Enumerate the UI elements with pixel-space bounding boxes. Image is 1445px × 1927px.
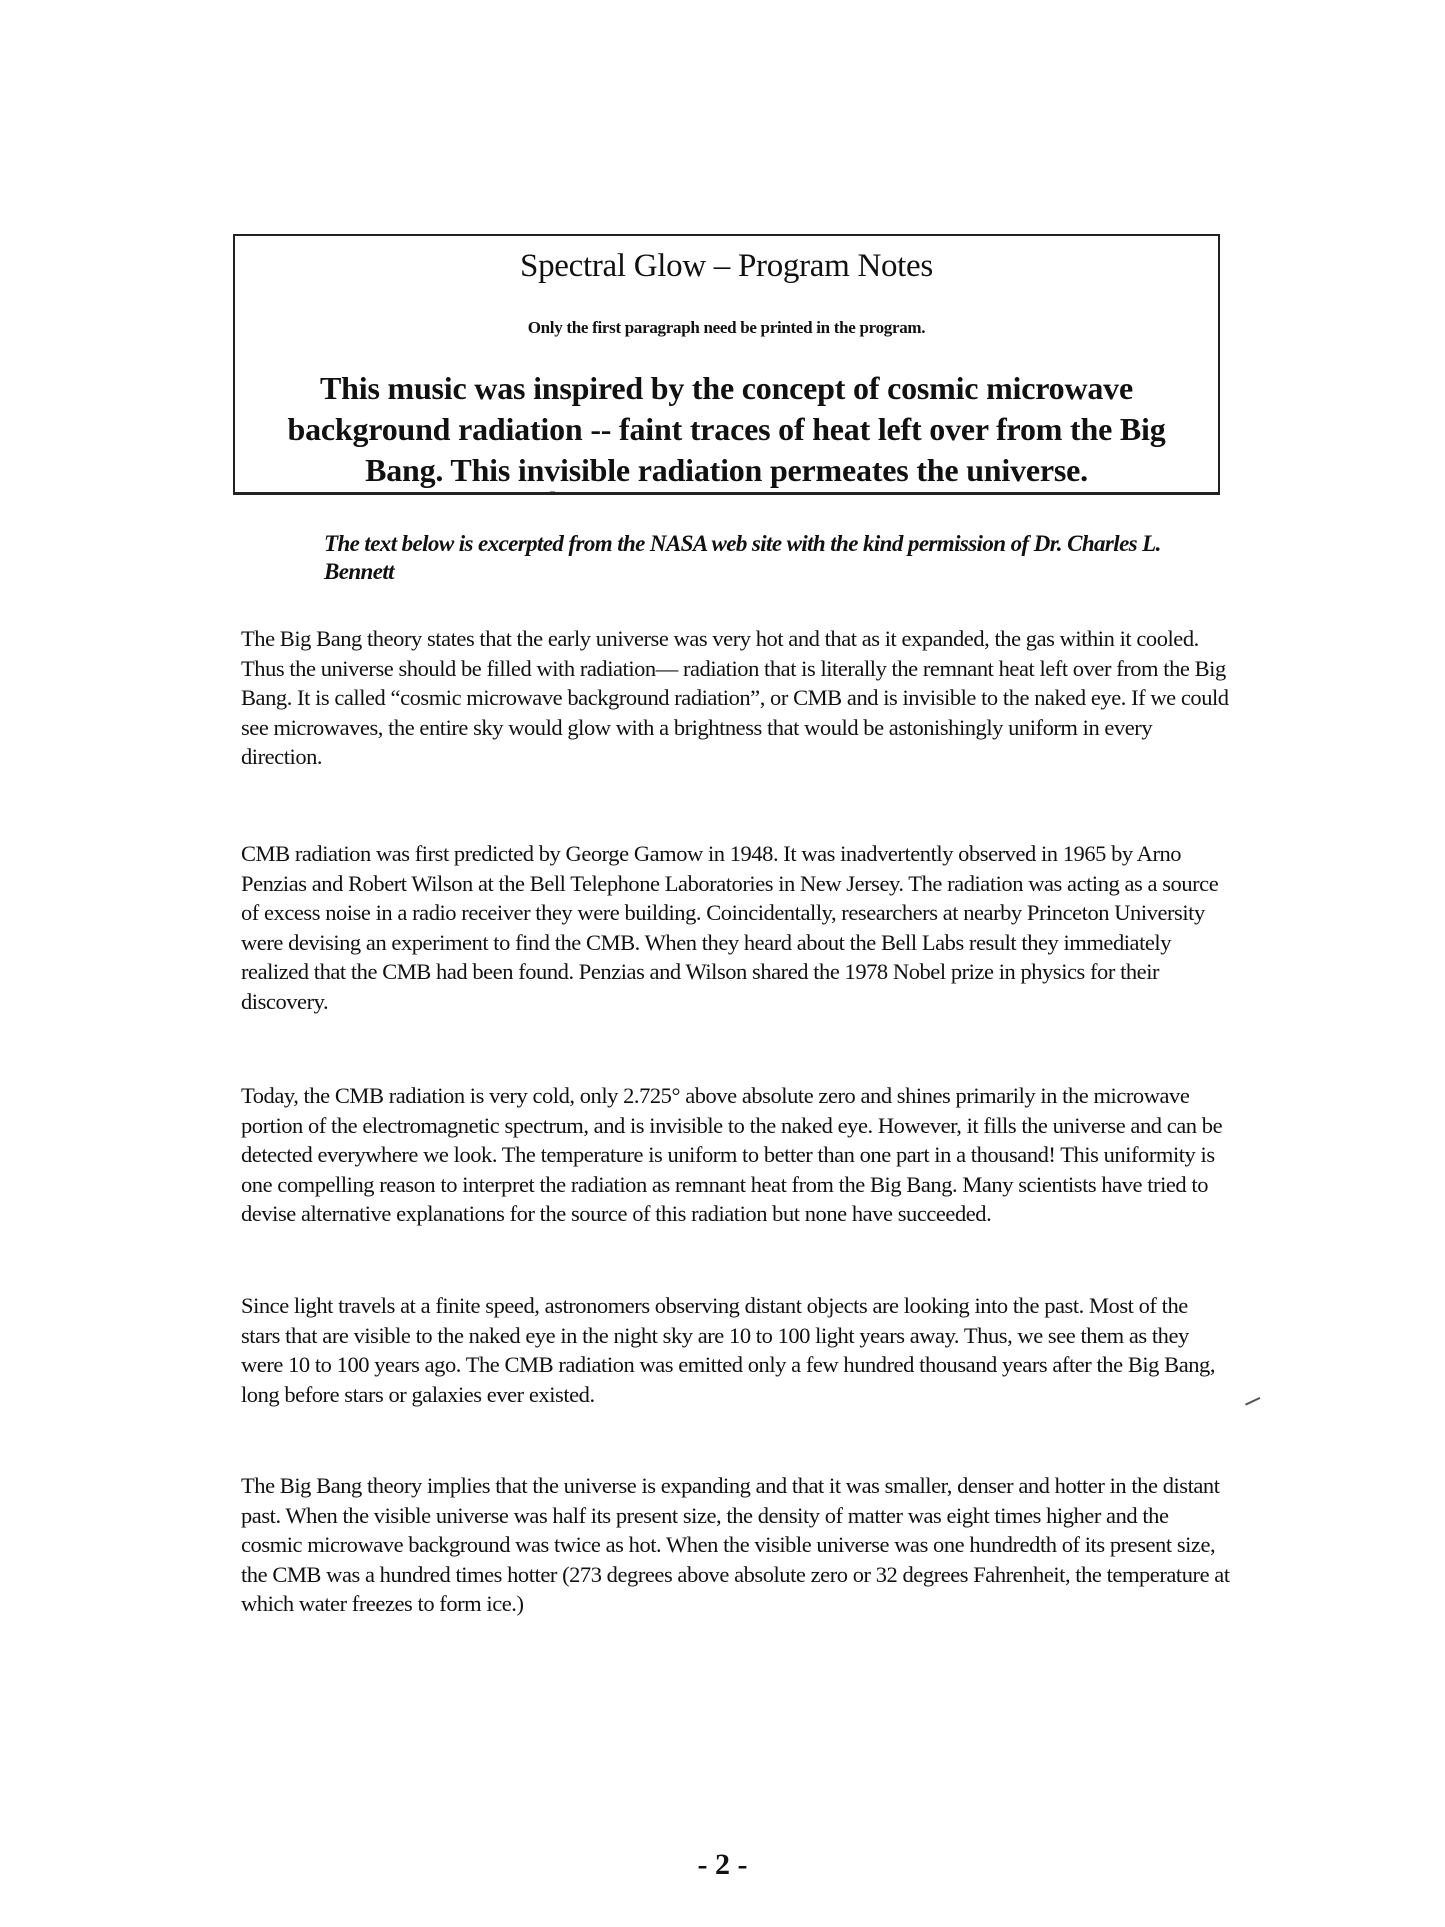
- page-number: - 2 -: [0, 1848, 1445, 1882]
- body-paragraph-cmb-history: CMB radiation was first predicted by Geo…: [241, 839, 1231, 1016]
- document-title: Spectral Glow – Program Notes: [235, 248, 1218, 285]
- body-paragraph-expansion: The Big Bang theory implies that the uni…: [241, 1471, 1231, 1619]
- program-summary: This music was inspired by the concept o…: [235, 368, 1218, 491]
- source-attribution: The text below is excerpted from the NAS…: [324, 530, 1234, 586]
- body-paragraph-cmb-today: Today, the CMB radiation is very cold, o…: [241, 1081, 1231, 1229]
- body-paragraph-light-travel: Since light travels at a finite speed, a…: [241, 1291, 1231, 1409]
- printing-instruction: Only the first paragraph need be printed…: [235, 318, 1218, 338]
- program-notes-box: Spectral Glow – Program Notes Only the f…: [233, 234, 1220, 495]
- scan-mark: [1245, 1397, 1263, 1411]
- body-paragraph-big-bang: The Big Bang theory states that the earl…: [241, 624, 1231, 772]
- scan-speck: [550, 491, 555, 492]
